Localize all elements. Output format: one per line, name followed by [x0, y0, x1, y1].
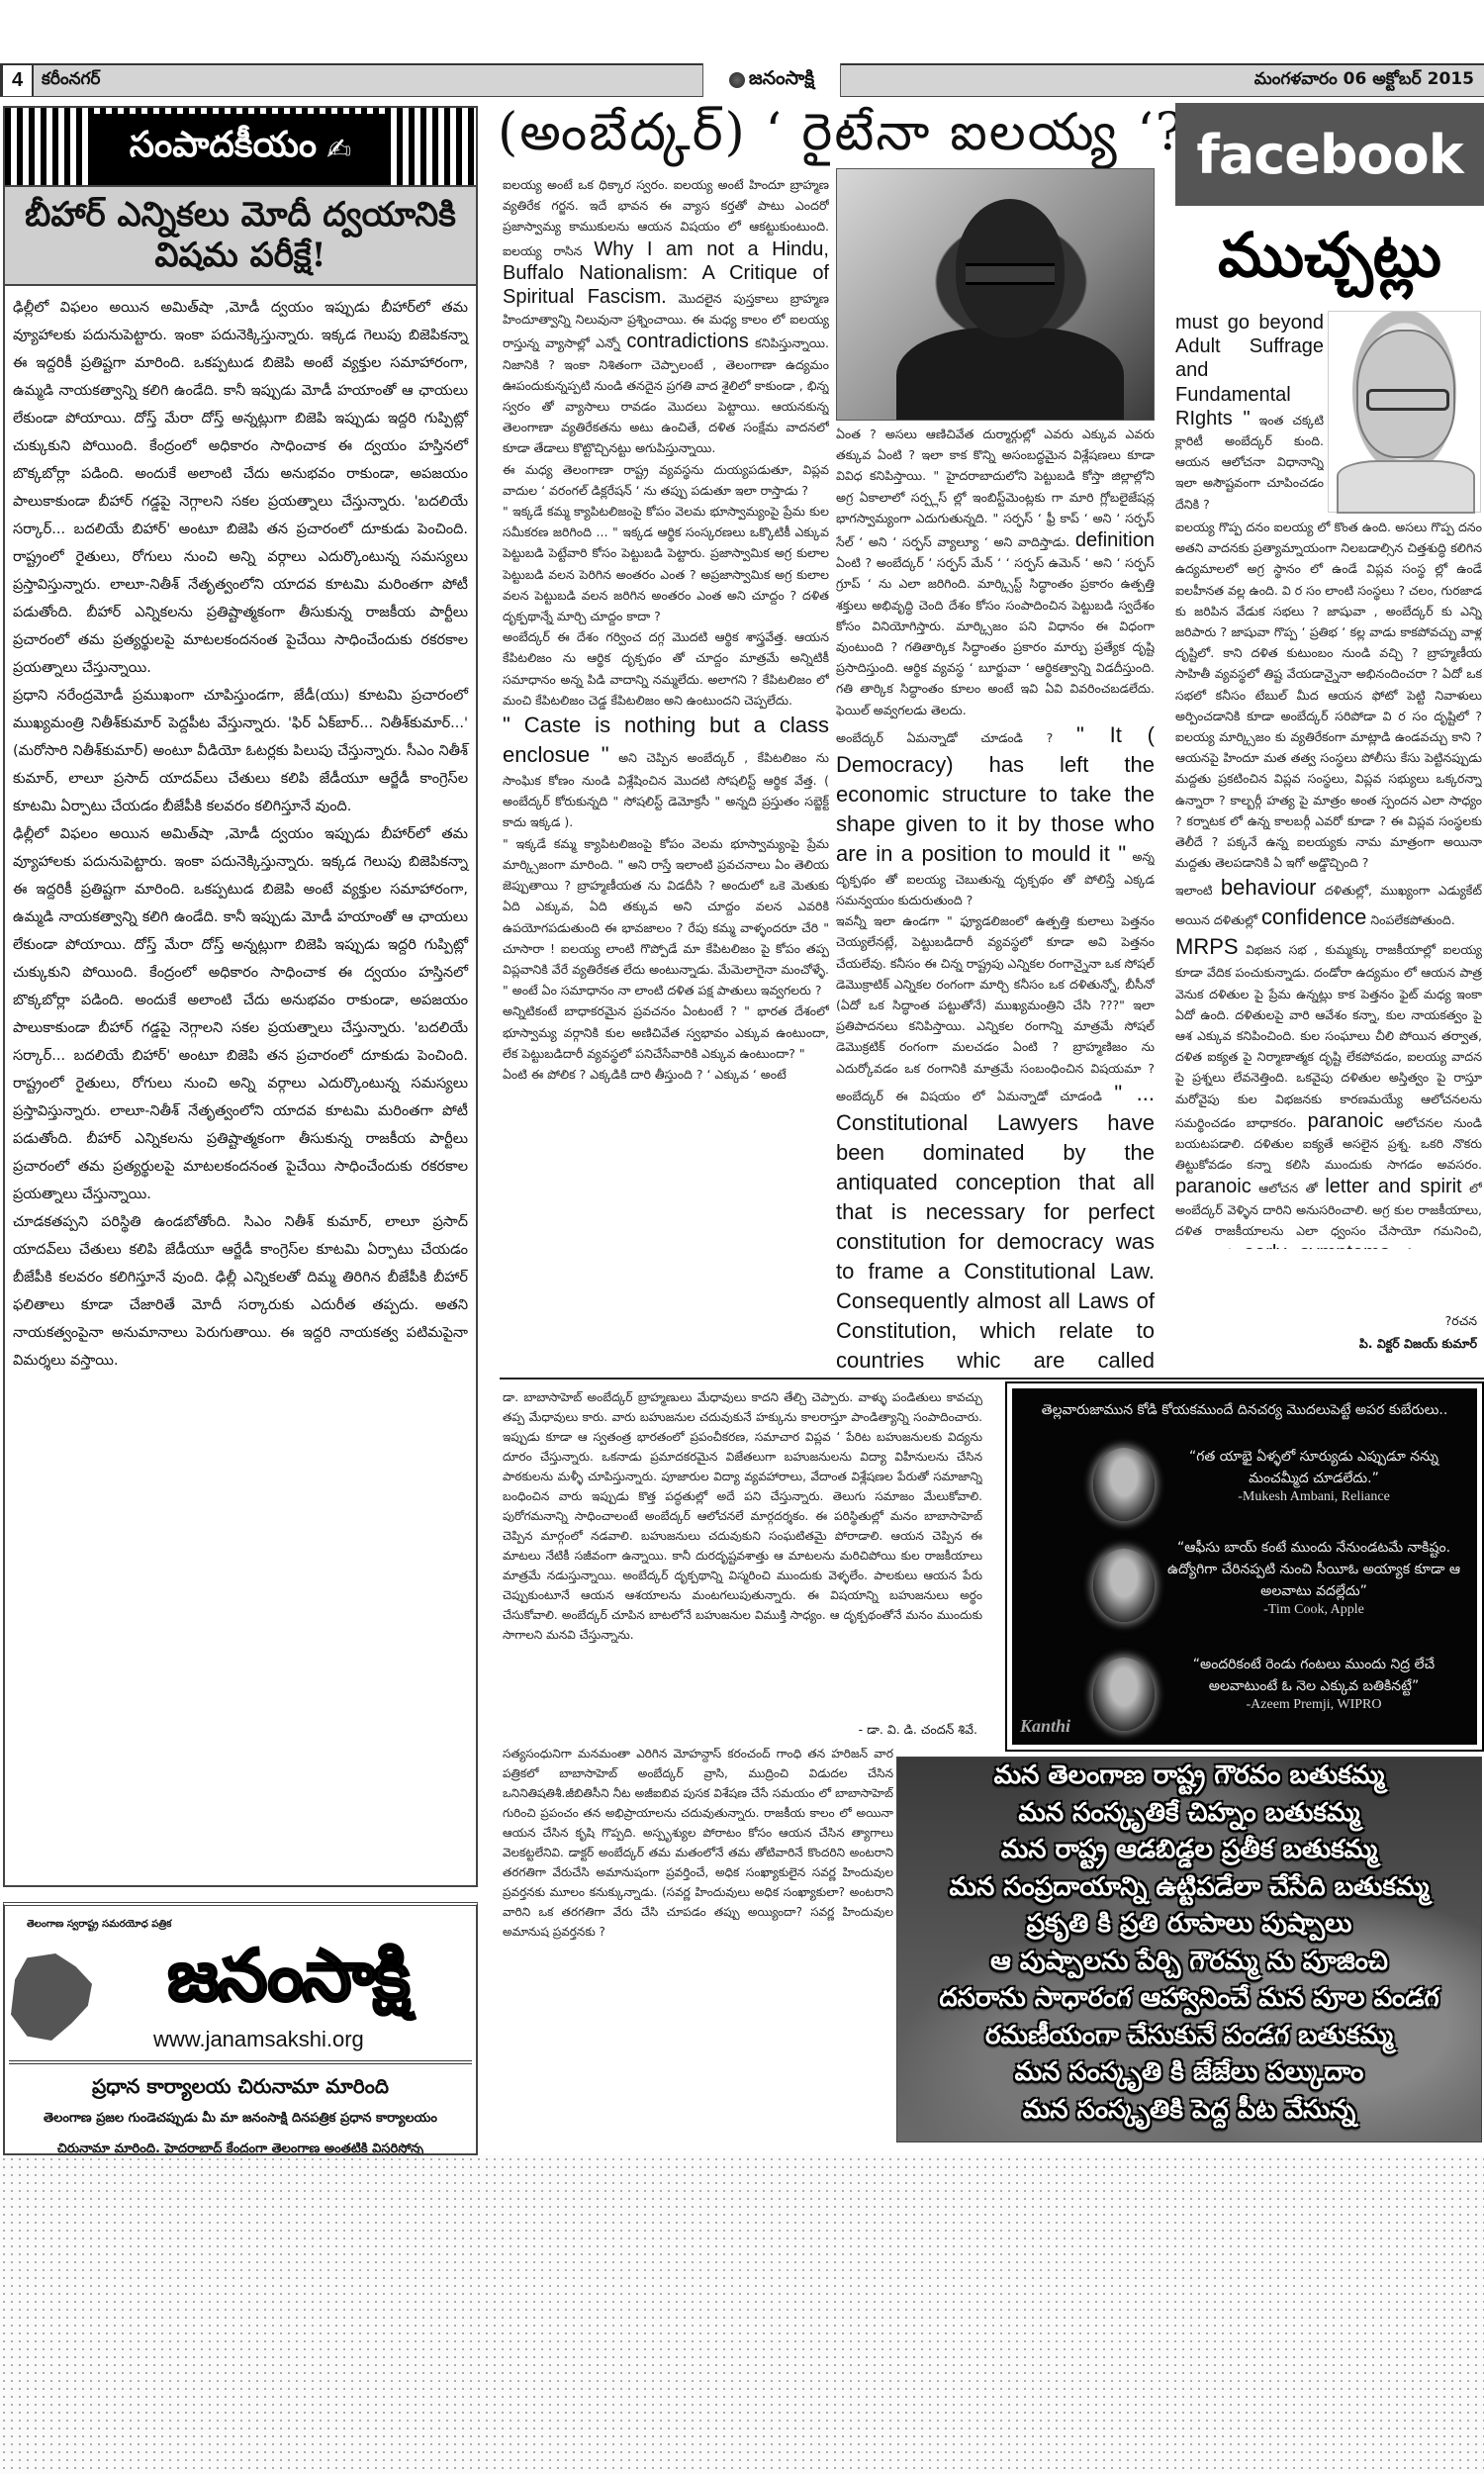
poem-line: మన రాష్ట్ర ఆడబిడ్డల ప్రతీక బతుకమ్మ — [897, 1832, 1481, 1869]
tim-cook-portrait — [1093, 1549, 1155, 1622]
poem-line: ఆ పుష్పాలను పేర్చి గౌరమ్మ ను పూజించి — [897, 1944, 1481, 1981]
article-text: ఏంటి ఈ పోలిక ? ఎక్కడికి దారి తీస్తుంది ?… — [503, 1064, 829, 1085]
article-text: ఈ మధ్య తెలంగాణా రాష్ట్ర వ్యవస్థను దుయ్యప… — [503, 459, 829, 501]
facebook-column-intro: must go beyond Adult Suffrage and Fundam… — [1175, 311, 1324, 519]
ad-tagline: తెలంగాణ స్వరాష్ట్ర సమరయోధ పత్రిక — [27, 1918, 171, 1932]
edition-label: కరీంనగర్ — [42, 69, 101, 93]
article-text: అన్నిటికంటే బాధాకరమైన ప్రవచనం ఏంటంటే ? "… — [503, 1000, 829, 1064]
article-text: " ఇక్కడే కమ్మ క్యాపిటలిజంపై కోపం వెలమ భూ… — [503, 833, 829, 1001]
english-term: definition — [1075, 529, 1155, 551]
facebook-column-title: ముచ్చట్లు — [1175, 206, 1484, 305]
brand-name: జనంసాక్షి — [749, 67, 814, 94]
facebook-column-body: ఐలయ్య గొప్ప దనం ఐలయ్య లో కొంత ఉంది. అసలు… — [1175, 517, 1482, 1249]
english-term: contradictions — [626, 331, 748, 352]
poem-line: దసరాను సాధారంగ ఆహ్వానించే మన పూల పండగ — [897, 1980, 1481, 2018]
quote-text: “ఆఫీసు బాయ్ కంటే ముందు నేనుండటమే నాకిష్ట… — [1160, 1537, 1467, 1602]
editorial-label: సంపాదకీయం — [130, 125, 317, 174]
ad-text-line: చిరునామా మారింది. హైదరాబాద్ కేంద్రంగా తె… — [15, 2141, 466, 2155]
poem-line: రమణీయంగా చేసుకునే పండగ బతుకమ్మ — [897, 2018, 1481, 2055]
editorial-paragraph: ప్రధాని నరేంద్రమోడీ ప్రముఖంగా చూపిస్తుండ… — [13, 682, 468, 820]
ad-logo: జనంసాక్షి — [100, 1934, 476, 2035]
facebook-banner: facebook — [1175, 103, 1484, 206]
quote-text: “అందరికంటే రెండు గంటలు ముందు నిద్ర లేచే … — [1160, 1654, 1467, 1697]
second-article-part1: డా. బాబాసాహెబ్ అంబేద్కర్ బ్రాహ్మణులు మేధ… — [503, 1387, 982, 1714]
editorial-banner: సంపాదకీయం ✍ — [5, 108, 476, 187]
english-term: paranoic — [1175, 1176, 1252, 1197]
quote-attribution: -Mukesh Ambani, Reliance — [1160, 1489, 1467, 1505]
glasses-detail — [1366, 389, 1449, 411]
brand-emblem-icon — [729, 72, 745, 88]
article-text: నింపలేకపోతుంది. — [1370, 912, 1454, 927]
quote-attribution: -Tim Cook, Apple — [1160, 1602, 1467, 1618]
quote-block: “గత యాభై ఏళ్ళలో సూర్యుడు ఎప్పుడూ నన్ను మ… — [1160, 1446, 1467, 1505]
ad-divider — [9, 2060, 472, 2064]
kanthi-watermark-logo: Kanthi — [1020, 1716, 1070, 1737]
poem-line: మన సంస్కృతి కి జేజేలు పల్కుదాం — [897, 2054, 1481, 2092]
editorial-paragraph: చూడకతప్పని పరిస్థితి ఉండబోతోంది. సిఎం ని… — [13, 1208, 468, 1375]
issue-date: మంగళవారం 06 అక్టోబర్ 2015 — [1254, 69, 1474, 93]
mukesh-ambani-portrait — [1093, 1448, 1155, 1521]
second-article-author: - డా. వి. డి. చందన్ శివే. — [503, 1722, 977, 1741]
ad-website-link[interactable]: www.janamsakshi.org — [153, 2027, 364, 2052]
page-number: 4 — [0, 65, 34, 96]
telangana-map-icon — [11, 1953, 92, 2041]
poem-line: మన సంస్కృతికి పెద్ద పీట వేసున్న — [897, 2092, 1481, 2130]
article-column-1: ఐలయ్య అంటే ఒక ధిక్కార స్వరం. ఐలయ్య అంటే … — [503, 174, 829, 1372]
byline-label: ?రచన — [1175, 1313, 1477, 1332]
article-title: (అంబేద్కర్) ‘ రైటేనా ఐలయ్య ‘? — [498, 103, 1170, 168]
english-term: behaviour — [1221, 875, 1317, 900]
article-text: విభజన సభ , కుమ్మక్కు రాజకీయాల్లో ఐలయ్య క… — [1175, 942, 1482, 1129]
masthead: 4 కరీంనగర్ జనంసాక్షి మంగళవారం 06 అక్టోబర… — [0, 63, 1484, 97]
quote-text: “గత యాభై ఏళ్ళలో సూర్యుడు ఎప్పుడూ నన్ను మ… — [1160, 1446, 1467, 1489]
ambedkar-photo — [836, 168, 1155, 421]
poem-line: ప్రకృతి కి ప్రతి రూపాలు పుష్పాలు — [897, 1906, 1481, 1944]
article-text: అంబేద్కర్ ఏమన్నాడో చూడండి ? — [836, 730, 1053, 745]
bathukamma-poem-image: మన తెలంగాణ రాష్ట్ర గౌరవం బతుకమ్మ మన సంస్… — [896, 1757, 1482, 2142]
brand-logo[interactable]: జనంసాక్షి — [702, 63, 841, 97]
article-text: అంబేద్కర్ ఈ దేశం గర్వించ దగ్గ మొదటి ఆర్థ… — [503, 626, 829, 711]
editorial-headline: బీహార్ ఎన్నికలు మోదీ ద్వయానికి విషమ పరీక… — [5, 187, 476, 286]
english-term: early symptoms — [1244, 1242, 1390, 1249]
editorial-paragraph: ఢిల్లీలో విఫలం అయిన అమిత్‌షా ,మోడీ ద్వయం… — [13, 820, 468, 1208]
pen-writing-icon: ✍ — [326, 133, 351, 167]
constitution-quote-english: " ... Constitutional Lawyers have been d… — [836, 1081, 1155, 1372]
english-term: confidence — [1261, 904, 1366, 929]
quotes-heading: తెల్లవారుజామున కోడి కోయకముందే దినచర్య మొ… — [1012, 1402, 1477, 1421]
article-author: పి. విక్టర్ విజయ్ కుమార్ — [1175, 1336, 1477, 1355]
article-text: కోసం గమనించి — [1401, 1247, 1482, 1249]
article-text: ఏంటి ? అంబేద్కర్ ‘ సర్ఫస్ మేన్ ‘ ‘ సర్ఫస… — [836, 555, 1155, 716]
ad-text-line: తెలంగాణ ప్రజల గుండెచప్పుడు మీ మా జనంసాక్… — [15, 2111, 466, 2129]
glasses-detail — [966, 263, 1055, 285]
quote-block: “అందరికంటే రెండు గంటలు ముందు నిద్ర లేచే … — [1160, 1654, 1467, 1713]
editorial-section: సంపాదకీయం ✍ బీహార్ ఎన్నికలు మోదీ ద్వయాని… — [3, 106, 478, 1887]
ad-heading: ప్రధాన కార్యాలయ చిరునామా మారింది — [5, 2074, 476, 2103]
english-term: paranoic — [1308, 1110, 1384, 1132]
article-text: ఆలోచన తో — [1258, 1181, 1318, 1195]
article-text: ఇలాంటి — [1175, 883, 1213, 898]
azeem-premji-portrait — [1093, 1658, 1155, 1731]
billionaire-quotes-image: తెల్లవారుజామున కోడి కోయకముందే దినచర్య మొ… — [1007, 1383, 1482, 1750]
section-divider — [500, 1378, 1484, 1380]
editorial-body: ఢిల్లీలో విఫలం అయిన అమిత్‌షా ,మోడీ ద్వయం… — [5, 286, 476, 1382]
article-column-2: ఏంత ? అసలు ఆణిచివేత దుర్మార్గుల్లో ఎవరు … — [836, 424, 1155, 1372]
poem-line: మన సంప్రదాయాన్ని ఉట్టిపడేలా చేసేది బతుకమ… — [897, 1869, 1481, 1907]
article-text: ఇవన్నీ ఇలా ఉండగా " ఫ్యూడలిజంలో ఉత్పత్తి … — [836, 913, 1155, 1103]
janamsakshi-advert: తెలంగాణ స్వరాష్ట్ర సమరయోధ పత్రిక జనంసాక్… — [3, 1902, 478, 2155]
second-article-part2: సత్యసంధునిగా మనమంతా ఎరిగిన మోహన్దాస్ కరం… — [503, 1744, 893, 2153]
poem-line: మన తెలంగాణ రాష్ట్ర గౌరవం బతుకమ్మ — [897, 1758, 1481, 1795]
english-term: MRPS — [1175, 934, 1239, 959]
quote-block: “ఆఫీసు బాయ్ కంటే ముందు నేనుండటమే నాకిష్ట… — [1160, 1537, 1467, 1618]
article-text: ఐలయ్య గొప్ప దనం ఐలయ్య లో కొంత ఉంది. అసలు… — [1175, 520, 1482, 870]
article-text: " ఇక్కడే కమ్మ క్యాపిటలిజంపై కోపం వెలమ భూ… — [503, 501, 829, 626]
english-term: letter and spirit — [1325, 1176, 1461, 1197]
article-text: కనిపిస్తున్నాయి. నిజానికి ? ఇంకా నిశితంగ… — [503, 335, 829, 455]
quote-attribution: -Azeem Premji, WIPRO — [1160, 1697, 1467, 1713]
page-background-dots — [0, 2155, 1484, 2474]
poem-line: మన సంస్కృతికే చిహ్నం బతుకమ్మ — [897, 1795, 1481, 1833]
editorial-paragraph: ఢిల్లీలో విఫలం అయిన అమిత్‌షా ,మోడీ ద్వయం… — [13, 294, 468, 682]
author-sketch-portrait — [1328, 311, 1481, 513]
